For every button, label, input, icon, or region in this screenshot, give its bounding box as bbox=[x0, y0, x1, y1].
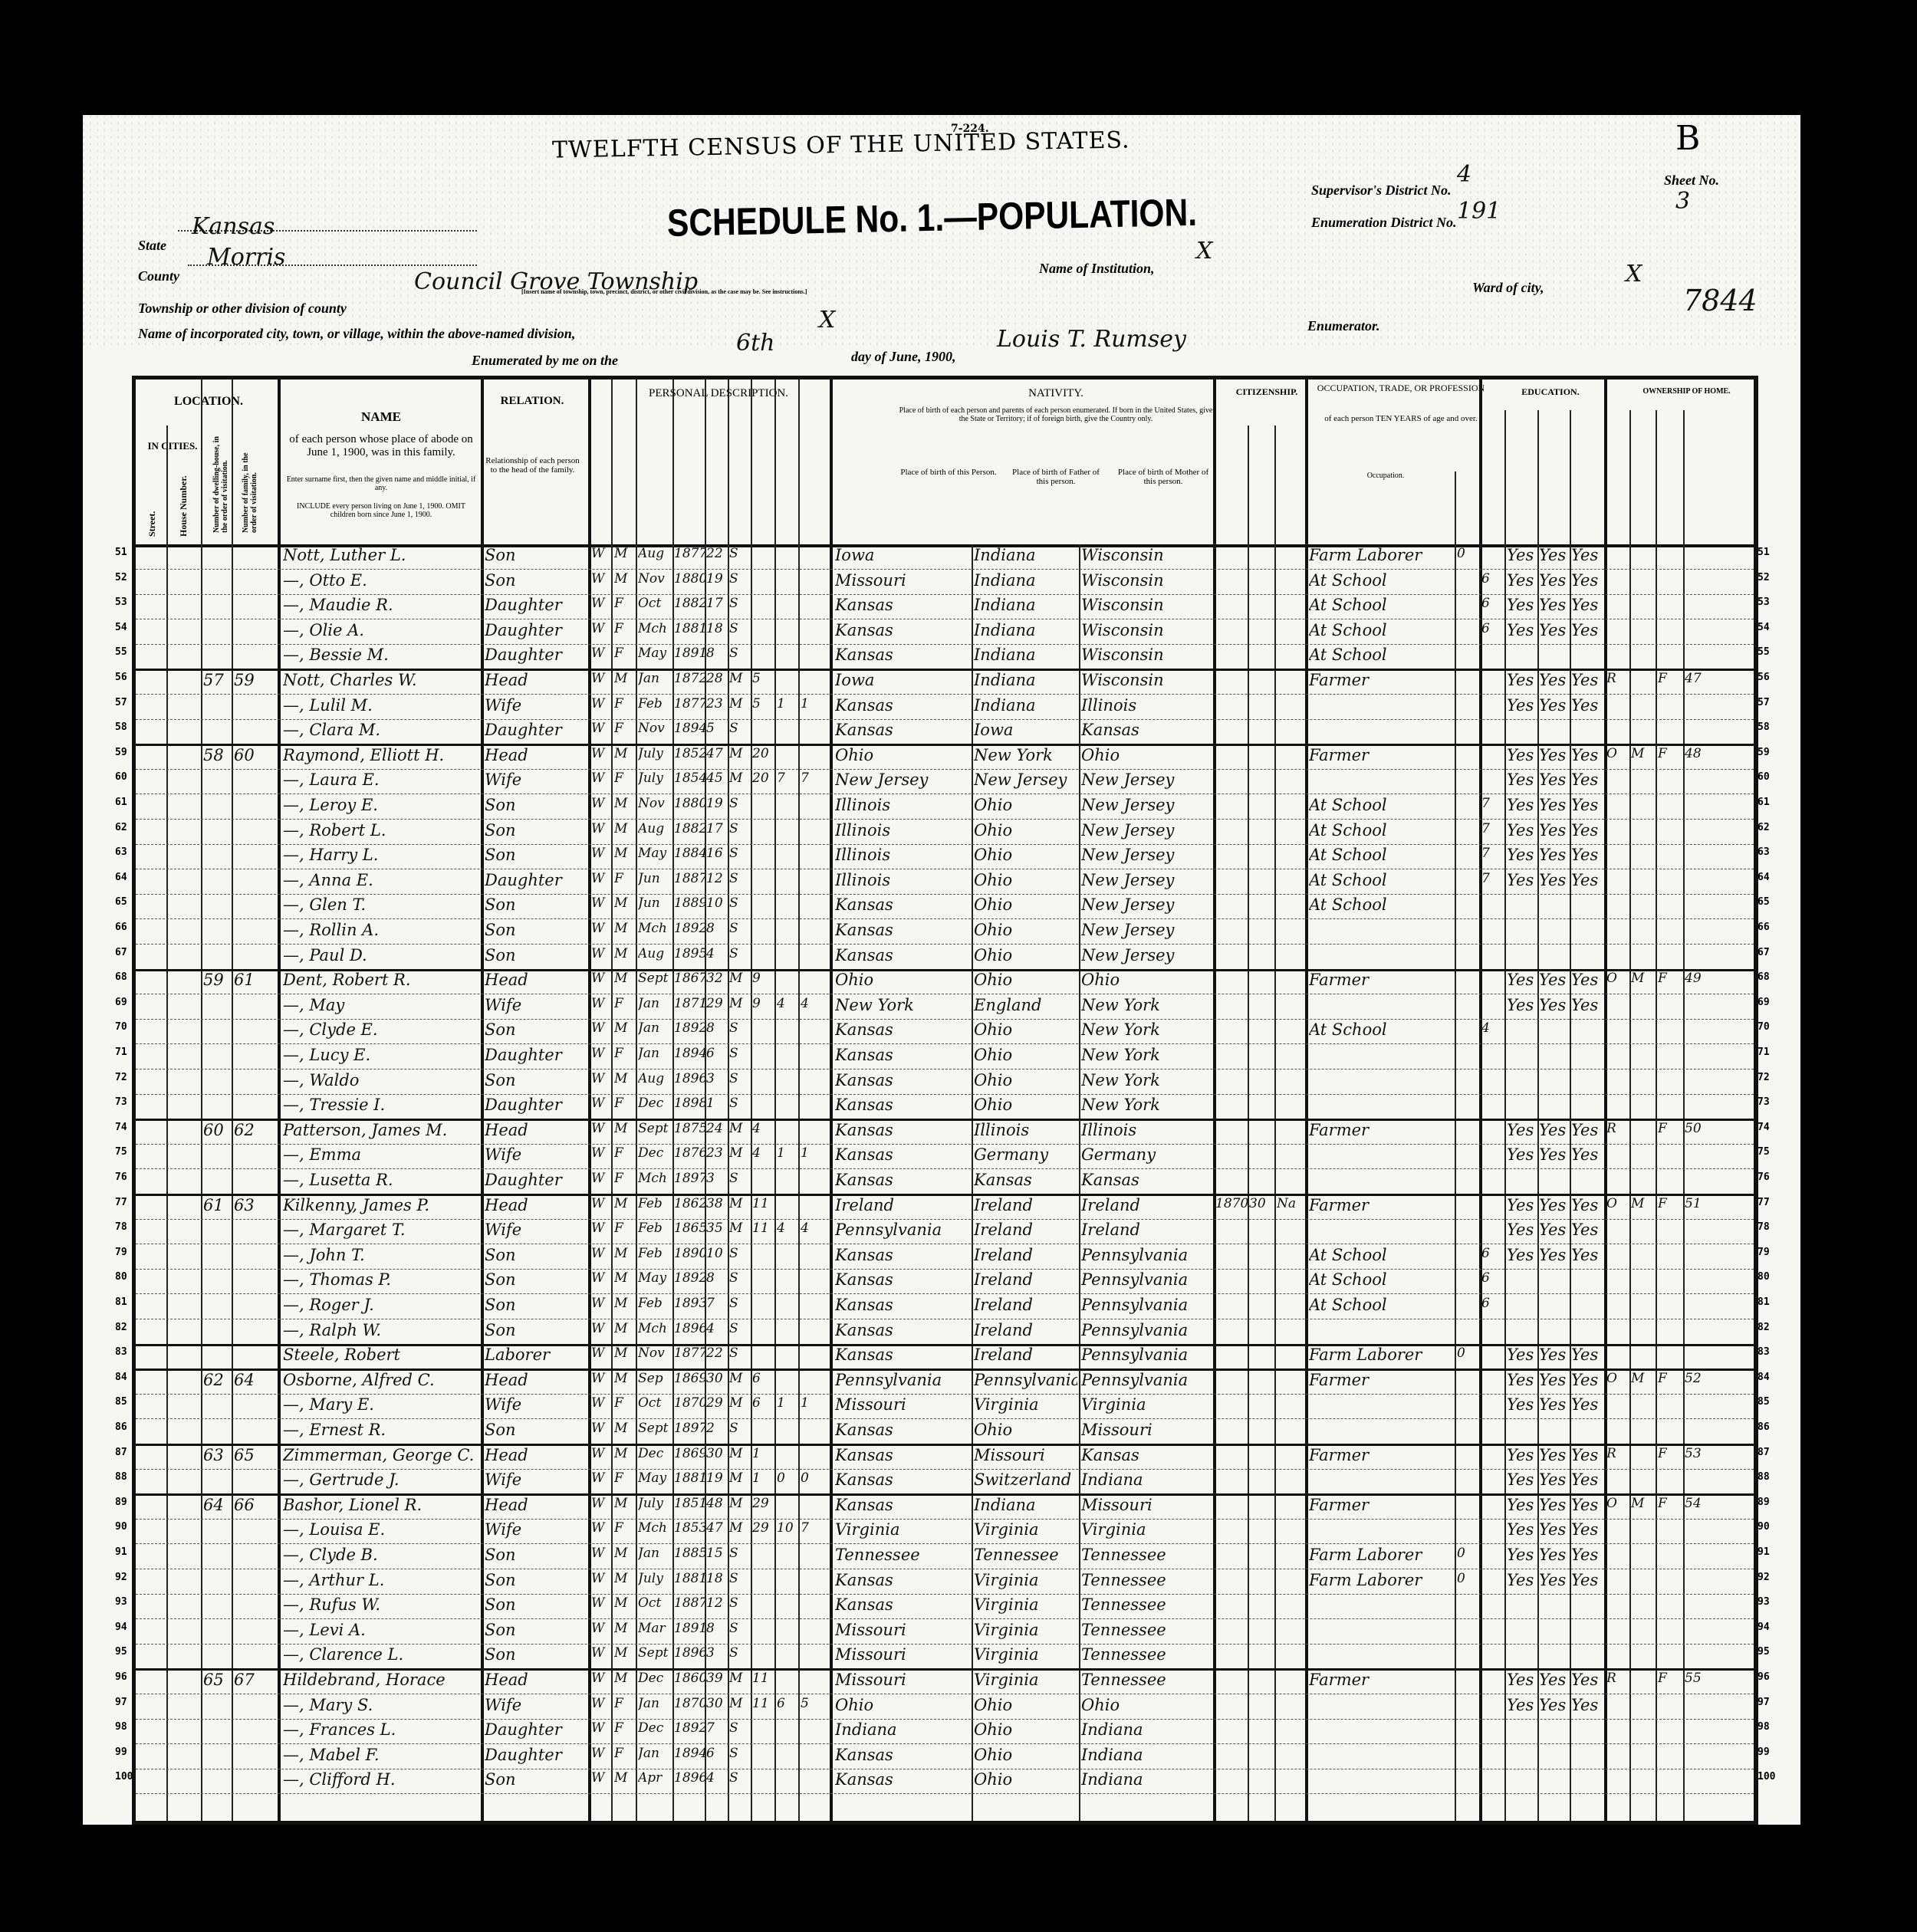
cell-pobf: Pennsylvania bbox=[974, 1371, 1077, 1389]
cell-sex: M bbox=[614, 1571, 634, 1586]
cell-age: 18 bbox=[706, 621, 728, 636]
cell-marital: S bbox=[729, 796, 751, 811]
cell-occ: At School bbox=[1309, 846, 1453, 864]
cell-pob: Missouri bbox=[835, 571, 969, 590]
cell-marital: S bbox=[729, 1645, 751, 1661]
line-number: 53 bbox=[1758, 596, 1770, 608]
cell-color: W bbox=[591, 546, 610, 561]
line-number: 65 bbox=[1758, 896, 1770, 908]
cell-relation: Son bbox=[485, 1621, 586, 1639]
cell-name: Nott, Luther L. bbox=[283, 546, 478, 564]
cell-ym: 4 bbox=[752, 1121, 774, 1136]
line-number: 93 bbox=[115, 1596, 127, 1608]
cell-name: —, Otto E. bbox=[283, 571, 478, 590]
cell-sex: F bbox=[614, 1221, 634, 1236]
cell-year: 1894 bbox=[674, 1746, 705, 1761]
cell-pob: Indiana bbox=[835, 1720, 969, 1739]
cell-sex: M bbox=[614, 796, 634, 811]
line-number: 85 bbox=[115, 1396, 127, 1408]
table-row: —, Olie A.DaughterWFMch188118SKansasIndi… bbox=[136, 619, 1754, 645]
cell-dwelling: 57 bbox=[203, 671, 230, 689]
table-row: —, Lulil M.WifeWFFeb187723M511KansasIndi… bbox=[136, 695, 1754, 720]
cell-cl: 7 bbox=[801, 770, 820, 786]
cell-pobm: Wisconsin bbox=[1081, 571, 1212, 590]
cell-name: —, Rufus W. bbox=[283, 1595, 478, 1614]
cell-mort: M bbox=[1631, 1496, 1654, 1511]
cell-color: W bbox=[591, 696, 610, 711]
cell-marital: S bbox=[729, 1270, 751, 1286]
line-number: 69 bbox=[115, 997, 127, 1008]
cell-eng: Yes bbox=[1571, 1446, 1603, 1464]
line-number: 70 bbox=[1758, 1021, 1770, 1033]
cell-relation: Daughter bbox=[485, 621, 586, 639]
cell-sch: 7 bbox=[1481, 821, 1503, 836]
cell-color: W bbox=[591, 1046, 610, 1061]
cell-year: 1882 bbox=[674, 596, 705, 611]
line-number: 60 bbox=[1758, 771, 1770, 783]
cell-read: Yes bbox=[1507, 671, 1537, 689]
cell-year: 1865 bbox=[674, 1221, 705, 1236]
cell-age: 39 bbox=[706, 1671, 728, 1686]
cell-occ: At School bbox=[1309, 1246, 1453, 1264]
enumerator-name: Louis T. Rumsey bbox=[997, 326, 1186, 353]
cell-pobm: New York bbox=[1081, 1071, 1212, 1089]
cell-relation: Son bbox=[485, 1770, 586, 1789]
cell-own: O bbox=[1606, 1496, 1628, 1511]
cell-eng: Yes bbox=[1571, 671, 1603, 689]
cell-name: Nott, Charles W. bbox=[283, 671, 478, 689]
cell-eng: Yes bbox=[1571, 821, 1603, 839]
cell-month: Mch bbox=[638, 921, 672, 936]
cell-marital: S bbox=[729, 1571, 751, 1586]
line-number: 52 bbox=[1758, 572, 1770, 583]
enumeration-label: Enumeration District No. bbox=[1311, 215, 1457, 231]
sheet-letter: B bbox=[1675, 119, 1700, 158]
cell-month: Jan bbox=[638, 1546, 672, 1561]
cell-read: Yes bbox=[1507, 1496, 1537, 1514]
cell-pobm: Wisconsin bbox=[1081, 646, 1212, 664]
cell-write: Yes bbox=[1539, 1196, 1570, 1214]
cell-sex: M bbox=[614, 846, 634, 861]
cell-color: W bbox=[591, 921, 610, 936]
cell-relation: Head bbox=[485, 971, 586, 989]
cell-occ: Farmer bbox=[1309, 1121, 1453, 1139]
cell-family: 64 bbox=[234, 1371, 276, 1389]
cell-sch: 6 bbox=[1481, 571, 1503, 586]
cell-relation: Son bbox=[485, 796, 586, 814]
cell-sch: 6 bbox=[1481, 621, 1503, 636]
cell-month: Jan bbox=[638, 1046, 672, 1061]
cell-pobf: Ireland bbox=[974, 1345, 1077, 1364]
cell-marital: M bbox=[729, 1470, 751, 1486]
cell-pob: Kansas bbox=[835, 1321, 969, 1339]
table-row: —, Laura E.WifeWFJuly185445M2077New Jers… bbox=[136, 769, 1754, 794]
citizenship-header: CITIZENSHIP. bbox=[1221, 387, 1313, 397]
cell-ym: 1 bbox=[752, 1470, 774, 1486]
education-header: EDUCATION. bbox=[1485, 387, 1616, 397]
cell-month: Mar bbox=[638, 1621, 672, 1636]
cell-year: 1882 bbox=[674, 821, 705, 836]
cell-write: Yes bbox=[1539, 1571, 1570, 1589]
cell-mc: 1 bbox=[777, 1145, 797, 1161]
cell-write: Yes bbox=[1539, 996, 1570, 1014]
cell-read: Yes bbox=[1507, 971, 1537, 989]
line-number: 88 bbox=[1758, 1471, 1770, 1483]
cell-eng: Yes bbox=[1571, 1371, 1603, 1389]
cell-read: Yes bbox=[1507, 746, 1537, 764]
cell-year: 1887 bbox=[674, 871, 705, 886]
cell-marital: S bbox=[729, 895, 751, 911]
cell-name: —, Rollin A. bbox=[283, 921, 478, 939]
cell-read: Yes bbox=[1507, 1571, 1537, 1589]
cell-relation: Son bbox=[485, 1645, 586, 1664]
cell-name: —, Roger J. bbox=[283, 1296, 478, 1314]
name-instr: Enter surname first, then the given name… bbox=[285, 475, 477, 492]
cell-relation: Daughter bbox=[485, 1171, 586, 1189]
cell-color: W bbox=[591, 1621, 610, 1636]
cell-month: Jan bbox=[638, 1020, 672, 1036]
cell-marital: M bbox=[729, 770, 751, 786]
cell-year: 1876 bbox=[674, 1145, 705, 1161]
cell-family: 61 bbox=[234, 971, 276, 989]
cell-marital: M bbox=[729, 1496, 751, 1511]
cell-relation: Son bbox=[485, 1296, 586, 1314]
cell-eng: Yes bbox=[1571, 1145, 1603, 1164]
cell-pob: Kansas bbox=[835, 1145, 969, 1164]
line-number: 56 bbox=[1758, 672, 1770, 683]
ward-label: Ward of city, bbox=[1472, 280, 1544, 296]
cell-pobm: Kansas bbox=[1081, 1446, 1212, 1464]
cell-pobm: Pennsylvania bbox=[1081, 1371, 1212, 1389]
cell-pob: Iowa bbox=[835, 671, 969, 689]
cell-mc: 7 bbox=[777, 770, 797, 786]
cell-sex: F bbox=[614, 696, 634, 711]
cell-sex: F bbox=[614, 1746, 634, 1761]
cell-color: W bbox=[591, 1520, 610, 1536]
table-row: —, Clyde E.SonWMJan18928SKansasOhioNew Y… bbox=[136, 1019, 1754, 1044]
cell-color: W bbox=[591, 1395, 610, 1411]
cell-color: W bbox=[591, 821, 610, 836]
line-number: 54 bbox=[115, 622, 127, 633]
line-number: 72 bbox=[115, 1072, 127, 1083]
cell-cl: 1 bbox=[801, 1395, 820, 1411]
cell-age: 24 bbox=[706, 1121, 728, 1136]
cell-write: Yes bbox=[1539, 1395, 1570, 1414]
cell-own: R bbox=[1606, 1121, 1628, 1136]
cell-sex: F bbox=[614, 721, 634, 736]
cell-occ: At School bbox=[1309, 895, 1453, 914]
enumerator-label: Enumerator. bbox=[1307, 318, 1380, 334]
cell-color: W bbox=[591, 671, 610, 686]
cell-sched: 51 bbox=[1685, 1196, 1731, 1211]
line-number: 73 bbox=[1758, 1096, 1770, 1108]
cell-name: —, Bessie M. bbox=[283, 646, 478, 664]
cell-farm: F bbox=[1658, 971, 1681, 986]
cell-marital: M bbox=[729, 1696, 751, 1711]
cell-color: W bbox=[591, 1345, 610, 1361]
cell-marital: S bbox=[729, 646, 751, 661]
cell-marital: M bbox=[729, 1520, 751, 1536]
occupation-col-header: Occupation. bbox=[1320, 472, 1451, 480]
cell-sex: F bbox=[614, 1520, 634, 1536]
table-row: —, Clarence L.SonWMSept18963SMissouriVir… bbox=[136, 1644, 1754, 1671]
table-row: —, Mary S.WifeWFJan187030M1165OhioOhioOh… bbox=[136, 1694, 1754, 1720]
cell-age: 6 bbox=[706, 1046, 728, 1061]
cell-age: 18 bbox=[706, 1571, 728, 1586]
cell-age: 7 bbox=[706, 1296, 728, 1311]
cell-read: Yes bbox=[1507, 696, 1537, 715]
cell-relation: Head bbox=[485, 1446, 586, 1464]
cell-pobf: Indiana bbox=[974, 571, 1077, 590]
cell-occ: Farmer bbox=[1309, 1371, 1453, 1389]
cell-year: 1867 bbox=[674, 971, 705, 986]
cell-pobm: New York bbox=[1081, 1046, 1212, 1064]
cell-sex: M bbox=[614, 1595, 634, 1611]
cell-ym: 9 bbox=[752, 996, 774, 1011]
cell-sch: 6 bbox=[1481, 1246, 1503, 1261]
line-number: 95 bbox=[115, 1646, 127, 1658]
cell-age: 47 bbox=[706, 746, 728, 761]
cell-month: Apr bbox=[638, 1770, 672, 1786]
cell-relation: Head bbox=[485, 746, 586, 764]
cell-sex: F bbox=[614, 1096, 634, 1111]
cell-read: Yes bbox=[1507, 1221, 1537, 1239]
cell-write: Yes bbox=[1539, 596, 1570, 614]
cell-relation: Wife bbox=[485, 1145, 586, 1164]
cell-month: Feb bbox=[638, 1246, 672, 1261]
cell-pobm: Wisconsin bbox=[1081, 671, 1212, 689]
cell-occ: At School bbox=[1309, 871, 1453, 889]
cell-color: W bbox=[591, 1270, 610, 1286]
cell-name: —, Paul D. bbox=[283, 946, 478, 964]
cell-marital: S bbox=[729, 1770, 751, 1786]
line-number: 62 bbox=[115, 822, 127, 833]
cell-eng: Yes bbox=[1571, 696, 1603, 715]
line-number: 69 bbox=[1758, 997, 1770, 1008]
line-number: 71 bbox=[115, 1046, 127, 1058]
cell-month: Oct bbox=[638, 596, 672, 611]
cell-pobf: Virginia bbox=[974, 1645, 1077, 1664]
cell-eng: Yes bbox=[1571, 596, 1603, 614]
cell-farm: F bbox=[1658, 1446, 1681, 1461]
line-number: 67 bbox=[115, 947, 127, 958]
cell-read: Yes bbox=[1507, 1520, 1537, 1539]
cell-sex: M bbox=[614, 1321, 634, 1336]
cell-occ: Farmer bbox=[1309, 671, 1453, 689]
cell-color: W bbox=[591, 1496, 610, 1511]
cell-pob: Virginia bbox=[835, 1520, 969, 1539]
cell-pob: Kansas bbox=[835, 1446, 969, 1464]
line-number: 53 bbox=[115, 596, 127, 608]
cell-color: W bbox=[591, 1571, 610, 1586]
cell-sched: 49 bbox=[1685, 971, 1731, 986]
line-number: 66 bbox=[1758, 922, 1770, 933]
cell-year: 1896 bbox=[674, 1770, 705, 1786]
cell-sex: M bbox=[614, 895, 634, 911]
family-header: Number of family, in the order of visita… bbox=[242, 433, 258, 533]
cell-eng: Yes bbox=[1571, 770, 1603, 789]
cell-year: 1892 bbox=[674, 921, 705, 936]
pob-mother-header: Place of birth of Mother of this person. bbox=[1113, 468, 1213, 486]
cell-relation: Daughter bbox=[485, 646, 586, 664]
cell-ym: 20 bbox=[752, 746, 774, 761]
cell-ym: 1 bbox=[752, 1446, 774, 1461]
cell-month: Nov bbox=[638, 571, 672, 586]
cell-sex: M bbox=[614, 1121, 634, 1136]
cell-pobm: Ohio bbox=[1081, 746, 1212, 764]
line-number: 64 bbox=[1758, 872, 1770, 883]
cell-age: 28 bbox=[706, 671, 728, 686]
table-row: —, Bessie M.DaughterWFMay18918SKansasInd… bbox=[136, 644, 1754, 671]
cell-pob: Kansas bbox=[835, 1595, 969, 1614]
cell-sex: F bbox=[614, 596, 634, 611]
cell-pobf: Germany bbox=[974, 1145, 1077, 1164]
cell-family: 65 bbox=[234, 1446, 276, 1464]
cell-pobf: Indiana bbox=[974, 621, 1077, 639]
cell-pobm: Indiana bbox=[1081, 1746, 1212, 1764]
supervisor-label: Supervisor's District No. bbox=[1311, 182, 1452, 199]
line-number: 95 bbox=[1758, 1646, 1770, 1658]
line-number: 86 bbox=[115, 1421, 127, 1433]
line-number: 98 bbox=[1758, 1721, 1770, 1733]
table-row: —, Ernest R.SonWMSept18972SKansasOhioMis… bbox=[136, 1419, 1754, 1446]
cell-relation: Wife bbox=[485, 1470, 586, 1489]
cell-pob: Illinois bbox=[835, 871, 969, 889]
cell-sex: M bbox=[614, 1246, 634, 1261]
line-number: 59 bbox=[1758, 747, 1770, 758]
cell-read: Yes bbox=[1507, 1196, 1537, 1214]
cell-sex: F bbox=[614, 1145, 634, 1161]
table-row: 5860Raymond, Elliott H.HeadWMJuly185247M… bbox=[136, 744, 1754, 770]
line-number: 60 bbox=[115, 771, 127, 783]
cell-occ: At School bbox=[1309, 796, 1453, 814]
line-number: 64 bbox=[115, 872, 127, 883]
cell-read: Yes bbox=[1507, 770, 1537, 789]
cell-name: Hildebrand, Horace bbox=[283, 1671, 478, 1689]
cell-farm: F bbox=[1658, 1496, 1681, 1511]
cell-color: W bbox=[591, 1171, 610, 1186]
cell-age: 10 bbox=[706, 895, 728, 911]
cell-read: Yes bbox=[1507, 996, 1537, 1014]
cell-mc: 1 bbox=[777, 696, 797, 711]
pob-person-header: Place of birth of this Person. bbox=[899, 468, 998, 477]
line-number: 72 bbox=[1758, 1072, 1770, 1083]
cell-year: 1894 bbox=[674, 1046, 705, 1061]
cell-cl: 1 bbox=[801, 696, 820, 711]
line-number: 81 bbox=[1758, 1296, 1770, 1308]
line-number: 89 bbox=[1758, 1497, 1770, 1508]
cell-sex: M bbox=[614, 1196, 634, 1211]
cell-pobf: Indiana bbox=[974, 596, 1077, 614]
line-number: 100 bbox=[1758, 1771, 1775, 1783]
personal-header: PERSONAL DESCRIPTION. bbox=[596, 387, 841, 400]
cell-pobm: Indiana bbox=[1081, 1720, 1212, 1739]
cell-color: W bbox=[591, 1071, 610, 1086]
table-header: LOCATION. IN CITIES. Street. House Numbe… bbox=[136, 379, 1754, 547]
line-number: 94 bbox=[115, 1621, 127, 1633]
cell-read: Yes bbox=[1507, 1671, 1537, 1689]
cell-name: —, Lulil M. bbox=[283, 696, 478, 715]
state-label: State bbox=[138, 238, 166, 254]
line-number: 78 bbox=[1758, 1221, 1770, 1233]
cell-age: 4 bbox=[706, 1321, 728, 1336]
house-number-header: House Number. bbox=[178, 472, 189, 537]
cell-month: Nov bbox=[638, 1345, 672, 1361]
cell-month: Sept bbox=[638, 1421, 672, 1436]
cell-pobm: Illinois bbox=[1081, 696, 1212, 715]
table-row: —, WaldoSonWMAug18963SKansasOhioNew York bbox=[136, 1069, 1754, 1095]
cell-age: 7 bbox=[706, 1720, 728, 1736]
cell-month: July bbox=[638, 1571, 672, 1586]
cell-write: Yes bbox=[1539, 796, 1570, 814]
cell-ym: 5 bbox=[752, 671, 774, 686]
cell-dwelling: 58 bbox=[203, 746, 230, 764]
cell-pobf: Ireland bbox=[974, 1270, 1077, 1289]
cell-read: Yes bbox=[1507, 571, 1537, 590]
cell-pobm: Germany bbox=[1081, 1145, 1212, 1164]
cell-year: 1880 bbox=[674, 796, 705, 811]
cell-month: July bbox=[638, 1496, 672, 1511]
cell-year: 1898 bbox=[674, 1096, 705, 1111]
cell-marital: M bbox=[729, 746, 751, 761]
cell-name: —, Mabel F. bbox=[283, 1746, 478, 1764]
nativity-header: NATIVITY. bbox=[895, 387, 1217, 400]
cell-name: —, Laura E. bbox=[283, 770, 478, 789]
cell-color: W bbox=[591, 1470, 610, 1486]
cell-pobm: Kansas bbox=[1081, 721, 1212, 739]
cell-own: O bbox=[1606, 1196, 1628, 1211]
cell-eng: Yes bbox=[1571, 1496, 1603, 1514]
cell-read: Yes bbox=[1507, 621, 1537, 639]
cell-month: Oct bbox=[638, 1395, 672, 1411]
cell-color: W bbox=[591, 1145, 610, 1161]
cell-pob: Kansas bbox=[835, 1246, 969, 1264]
cell-color: W bbox=[591, 1446, 610, 1461]
cell-eng: Yes bbox=[1571, 1345, 1603, 1364]
cell-pobf: Illinois bbox=[974, 1121, 1077, 1139]
table-row: —, MayWifeWFJan187129M944New YorkEngland… bbox=[136, 994, 1754, 1020]
cell-name: —, John T. bbox=[283, 1246, 478, 1264]
cell-year: 1892 bbox=[674, 1020, 705, 1036]
cell-read: Yes bbox=[1507, 796, 1537, 814]
cell-sched: 47 bbox=[1685, 671, 1731, 686]
cell-month: Feb bbox=[638, 1296, 672, 1311]
cell-age: 45 bbox=[706, 770, 728, 786]
cell-month: May bbox=[638, 1470, 672, 1486]
line-number: 87 bbox=[1758, 1447, 1770, 1458]
cell-age: 12 bbox=[706, 1595, 728, 1611]
cell-age: 22 bbox=[706, 546, 728, 561]
cell-year: 1875 bbox=[674, 1121, 705, 1136]
cell-relation: Head bbox=[485, 1671, 586, 1689]
cell-eng: Yes bbox=[1571, 1520, 1603, 1539]
cell-sex: M bbox=[614, 1496, 634, 1511]
cell-color: W bbox=[591, 871, 610, 886]
cell-color: W bbox=[591, 1595, 610, 1611]
cell-pob: Kansas bbox=[835, 621, 969, 639]
cell-pobm: Tennessee bbox=[1081, 1671, 1212, 1689]
in-cities-header: IN CITIES. bbox=[142, 441, 203, 452]
cell-year: 1871 bbox=[674, 996, 705, 1011]
cell-color: W bbox=[591, 846, 610, 861]
table-row: —, Arthur L.SonWMJuly188118SKansasVirgin… bbox=[136, 1569, 1754, 1595]
cell-color: W bbox=[591, 646, 610, 661]
cell-family: 63 bbox=[234, 1196, 276, 1214]
cell-pob: Kansas bbox=[835, 1071, 969, 1089]
line-number: 66 bbox=[115, 922, 127, 933]
cell-read: Yes bbox=[1507, 1246, 1537, 1264]
cell-unemp: 0 bbox=[1457, 546, 1478, 561]
